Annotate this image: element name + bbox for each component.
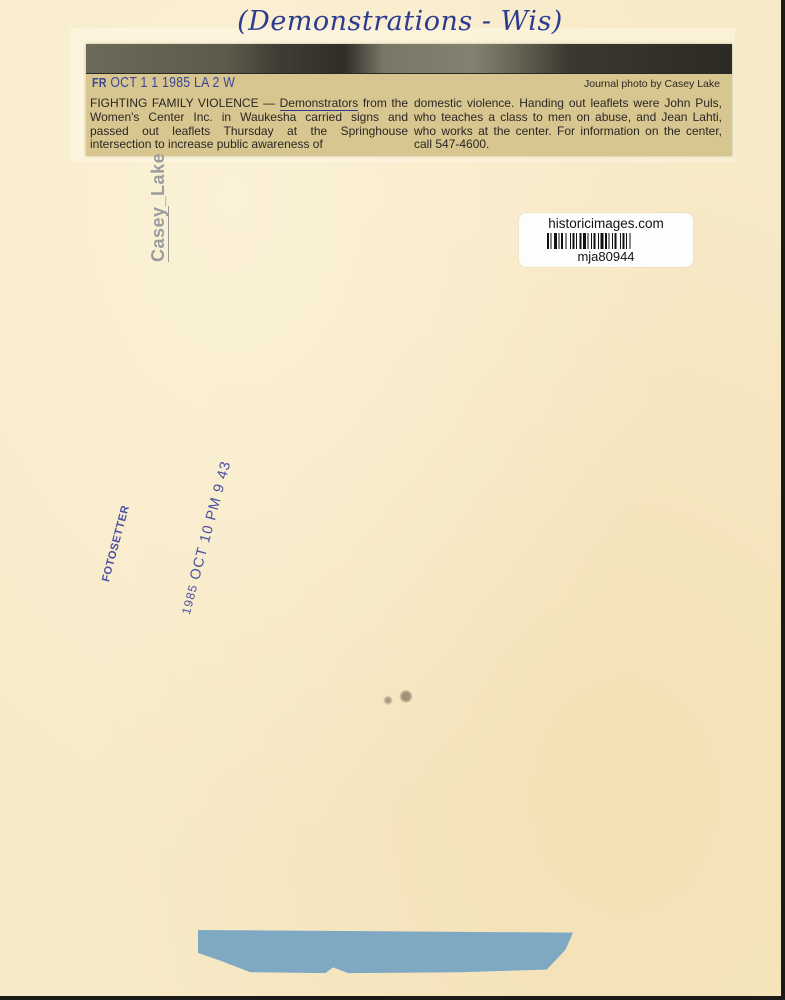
photo-credit: Journal photo by Casey Lake <box>584 78 720 90</box>
photographer-stamp: Casey_Lake <box>148 153 169 262</box>
dateline-stamp: FR OCT 1 1 1985 LA 2 W <box>92 74 235 91</box>
archive-label: historicimages.com mja80944 <box>519 213 693 267</box>
photographer-stamp-first: Casey <box>148 206 169 262</box>
handwritten-note: (Demonstrations - Wis) <box>210 2 590 42</box>
scan-edge-bottom <box>0 996 785 1000</box>
dateline-date: OCT 1 1 1985 LA 2 W <box>110 74 235 91</box>
blue-tape-remnant <box>198 930 573 974</box>
caption-underlined-word: Demonstrators <box>280 96 359 111</box>
caption-left-column: FIGHTING FAMILY VIOLENCE — Demonstrators… <box>90 97 408 152</box>
photo-strip-remnant <box>86 44 732 74</box>
label-site: historicimages.com <box>519 216 693 231</box>
label-id: mja80944 <box>519 249 693 264</box>
caption-headline: FIGHTING FAMILY VIOLENCE — <box>90 96 280 110</box>
newspaper-clipping: FR OCT 1 1 1985 LA 2 W Journal photo by … <box>86 44 732 156</box>
dateline-prefix: FR <box>92 75 107 90</box>
caption-right-column: domestic violence. Handing out leaflets … <box>414 97 722 152</box>
barcode-icon <box>547 233 665 249</box>
photographer-stamp-rest: _Lake <box>148 153 168 207</box>
scan-edge-right <box>781 0 785 1000</box>
ink-smudge <box>378 686 418 712</box>
